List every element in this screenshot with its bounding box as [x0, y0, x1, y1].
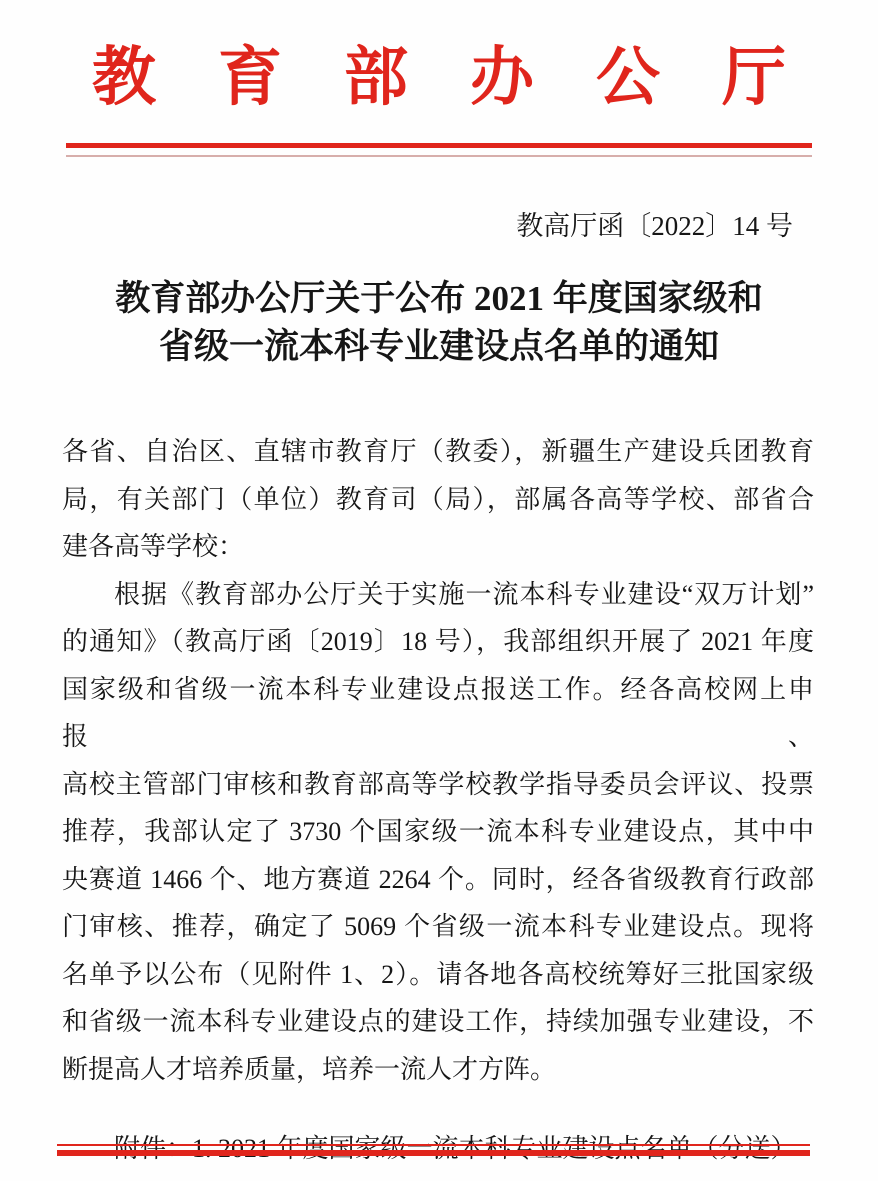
salutation-paragraph: 各省、自治区、直辖市教育厅（教委），新疆生产建设兵团教育局，有关部门（单位）教育… [62, 428, 814, 571]
salutation-line: 局，有关部门（单位）教育司（局），部属各高等学校、部省合 [62, 476, 814, 524]
footer-rule-thin [57, 1144, 810, 1146]
body-line: 央赛道 1466 个、地方赛道 2264 个。同时，经各省级教育行政部 [62, 856, 814, 904]
salutation-line: 建各高等学校： [62, 523, 814, 571]
document-number: 教高厅函〔2022〕14 号 [516, 208, 793, 244]
document-page: 教育部办公厅 教高厅函〔2022〕14 号 教育部办公厅关于公布 2021 年度… [0, 0, 878, 1181]
document-title-line: 省级一流本科专业建设点名单的通知 [0, 323, 878, 371]
footer-rule-thick [57, 1150, 810, 1156]
body-line: 国家级和省级一流本科专业建设点报送工作。经各高校网上申报、 [62, 666, 814, 761]
body-paragraph: 根据《教育部办公厅关于实施一流本科专业建设“双万计划”的通知》（教高厅函〔201… [62, 571, 814, 1094]
body-line: 门审核、推荐，确定了 5069 个省级一流本科专业建设点。现将 [62, 903, 814, 951]
body-line: 和省级一流本科专业建设点的建设工作，持续加强专业建设，不 [62, 998, 814, 1046]
body-line: 名单予以公布（见附件 1、2）。请各地各高校统筹好三批国家级 [62, 951, 814, 999]
body-line: 断提高人才培养质量，培养一流人才方阵。 [62, 1046, 814, 1094]
letterhead-rule-thick [66, 143, 812, 148]
body-line: 推荐，我部认定了 3730 个国家级一流本科专业建设点，其中中 [62, 808, 814, 856]
body-line: 根据《教育部办公厅关于实施一流本科专业建设“双万计划” [62, 571, 814, 619]
document-body: 各省、自治区、直辖市教育厅（教委），新疆生产建设兵团教育局，有关部门（单位）教育… [62, 428, 814, 1173]
body-line: 的通知》（教高厅函〔2019〕18 号），我部组织开展了 2021 年度 [62, 618, 814, 666]
letterhead-rule-thin [66, 155, 812, 157]
document-title: 教育部办公厅关于公布 2021 年度国家级和省级一流本科专业建设点名单的通知 [0, 275, 878, 371]
attachment-line: 附件：1. 2021 年度国家级一流本科专业建设点名单（分送） [62, 1125, 814, 1173]
document-title-line: 教育部办公厅关于公布 2021 年度国家级和 [0, 275, 878, 323]
body-line: 高校主管部门审核和教育部高等学校教学指导委员会评议、投票 [62, 761, 814, 809]
salutation-line: 各省、自治区、直辖市教育厅（教委），新疆生产建设兵团教育 [62, 428, 814, 476]
letterhead-title: 教育部办公厅 [0, 46, 878, 110]
